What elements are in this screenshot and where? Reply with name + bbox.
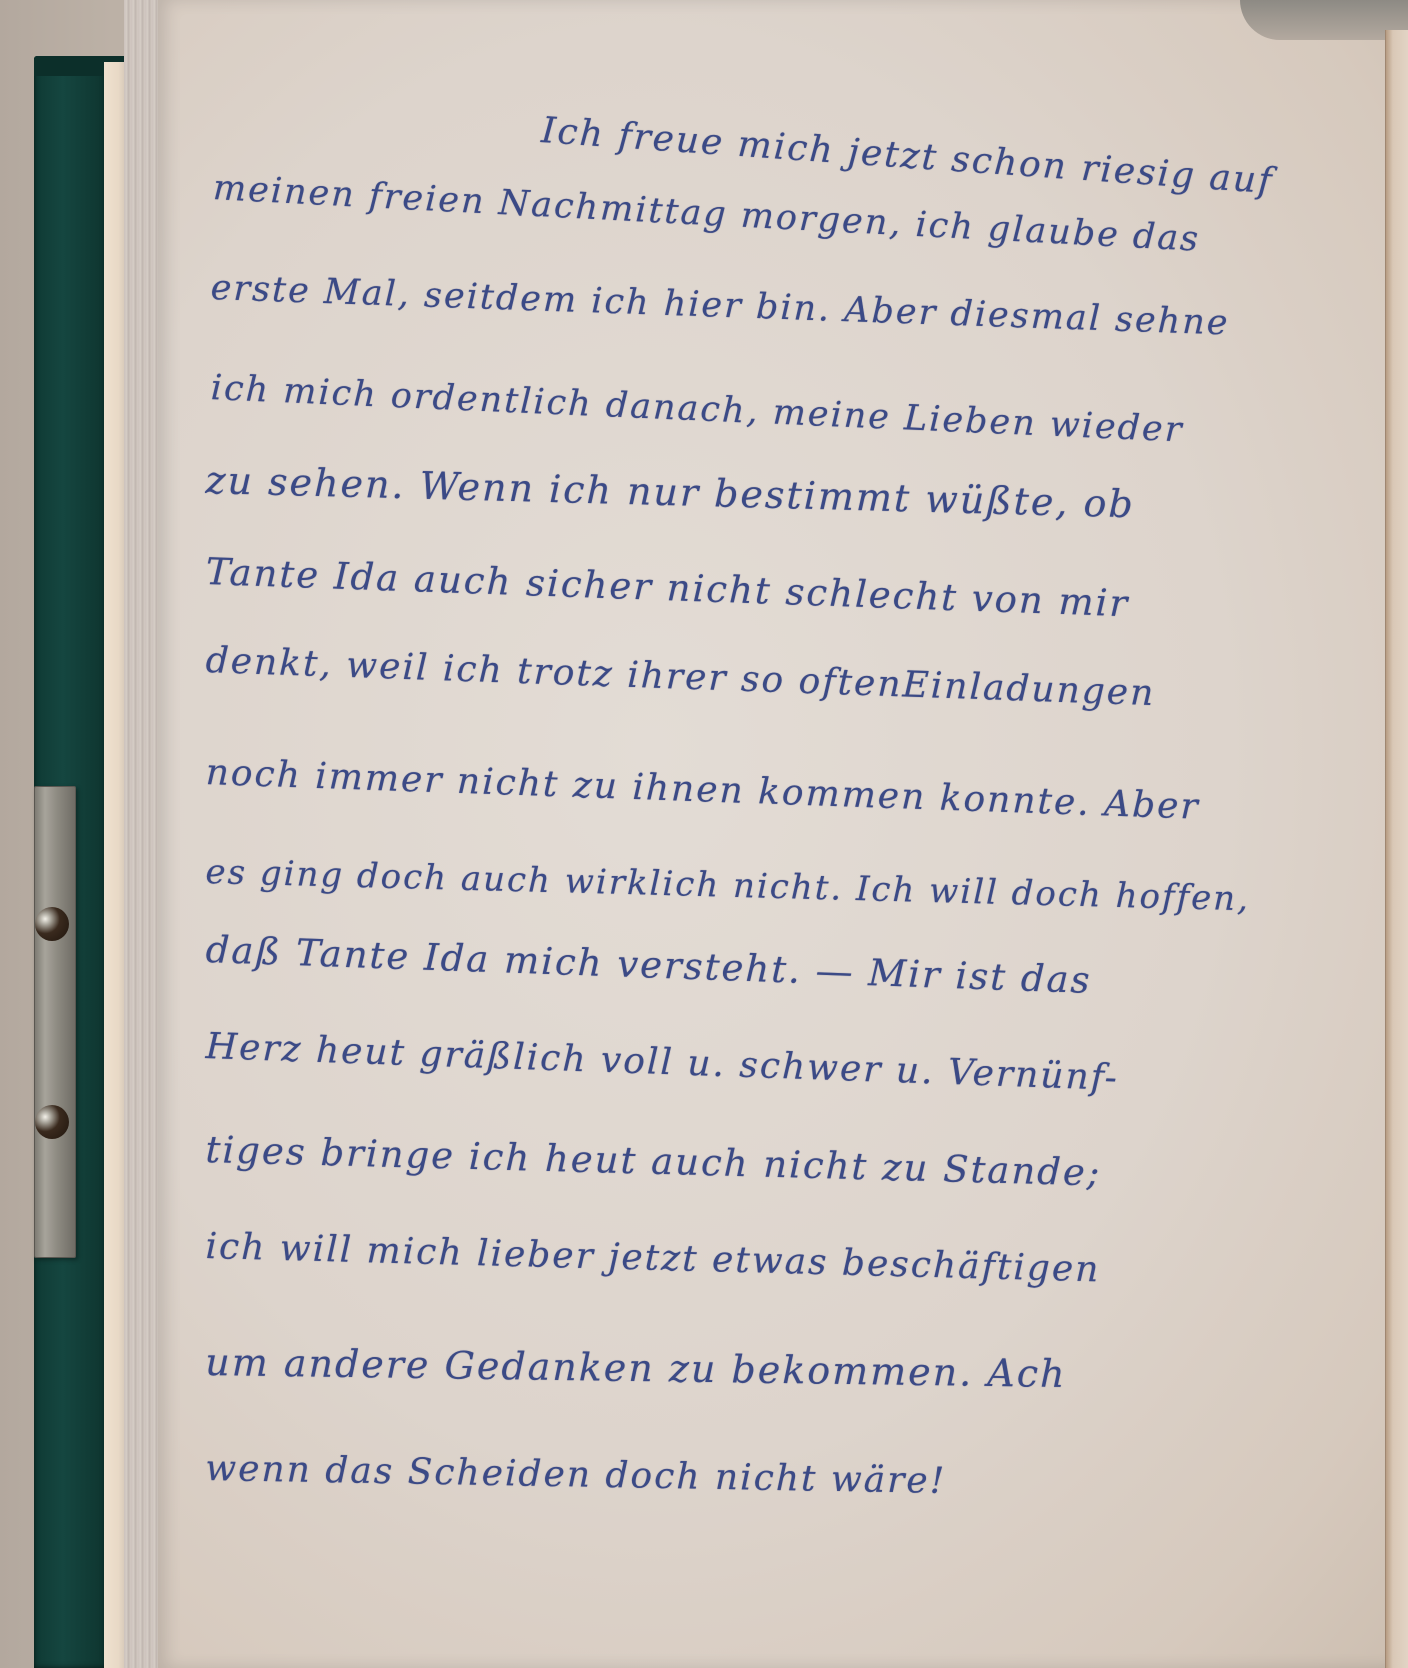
handwritten-text: Ich freue mich jetzt schon riesig auf me… (0, 0, 1408, 1668)
text-line-12: tiges bringe ich heut auch nicht zu Stan… (205, 1128, 1102, 1194)
text-line-11: Herz heut gräßlich voll u. schwer u. Ver… (205, 1026, 1120, 1099)
text-line-1: Ich freue mich jetzt schon riesig auf (540, 110, 1275, 202)
text-line-14: um andere Gedanken zu bekommen. Ach (205, 1340, 1067, 1396)
text-line-10: daß Tante Ida mich versteht. — Mir ist d… (205, 928, 1092, 1002)
text-line-7: denkt, weil ich trotz ihrer so oftenEinl… (205, 640, 1156, 714)
text-line-6: Tante Ida auch sicher nicht schlecht von… (205, 550, 1130, 625)
text-line-15: wenn das Scheiden doch nicht wäre! (205, 1448, 946, 1502)
text-line-3: erste Mal, seitdem ich hier bin. Aber di… (210, 268, 1230, 344)
text-line-13: ich will mich lieber jetzt etwas beschäf… (205, 1226, 1101, 1290)
text-line-8: noch immer nicht zu ihnen kommen konnte.… (205, 752, 1200, 828)
text-line-5: zu sehen. Wenn ich nur bestimmt wüßte, o… (205, 458, 1135, 526)
text-line-4: ich mich ordentlich danach, meine Lieben… (210, 368, 1184, 450)
text-line-9: es ging doch auch wirklich nicht. Ich wi… (205, 852, 1250, 919)
